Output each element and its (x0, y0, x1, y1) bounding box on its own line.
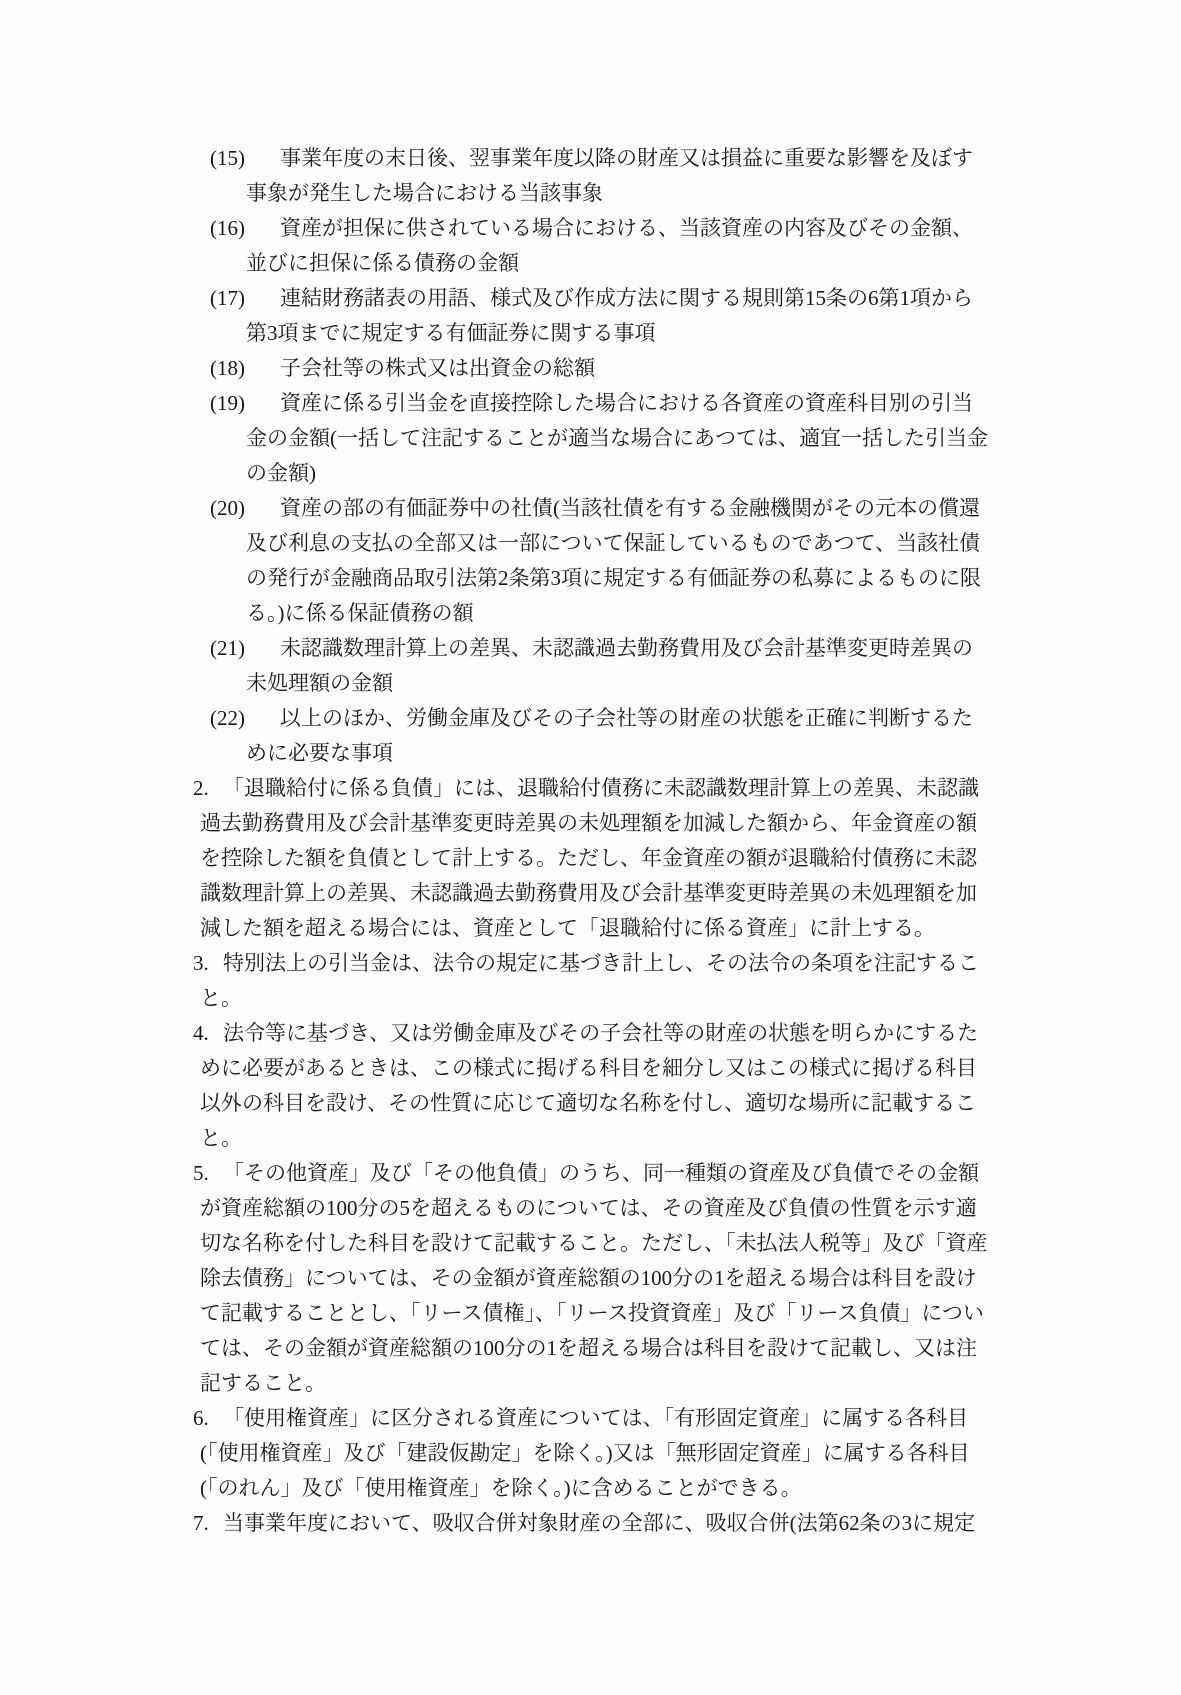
paragraph-4: 4.法令等に基づき、又は労働金庫及びその子会社等の財産の状態を明らかにするために… (200, 1016, 994, 1156)
item-text: 未認識数理計算上の差異、未認識過去勤務費用及び会計基準変更時差異の未処理額の金額 (246, 636, 973, 695)
item-text: 資産の部の有価証券中の社債(当該社債を有する金融機関がその元本の償還及び利息の支… (246, 496, 981, 625)
paragraph-3: 3.特別法上の引当金は、法令の規定に基づき計上し、その法令の条項を注記すること。 (200, 946, 994, 1016)
paragraph-6: 6.「使用権資産」に区分される資産については、「有形固定資産」に属する各科目(「… (200, 1401, 994, 1506)
paragraph-2: 2.「退職給付に係る負債」には、退職給付債務に未認識数理計算上の差異、未認識過去… (200, 771, 994, 946)
item-marker: (21) (210, 631, 280, 666)
item-marker: (19) (210, 386, 280, 421)
item-text: 資産に係る引当金を直接控除した場合における各資産の資産科目別の引当金の金額(一括… (246, 391, 988, 485)
item-text: 法令等に基づき、又は労働金庫及びその子会社等の財産の状態を明らかにするために必要… (200, 1021, 978, 1150)
item-marker: (22) (210, 701, 280, 736)
item-marker: (18) (210, 351, 280, 386)
item-marker: 4. (193, 1016, 223, 1051)
paragraph-7: 7.当事業年度において、吸収合併対象財産の全部に、吸収合併(法第62条の3に規定 (200, 1506, 994, 1541)
list-item-20: (20)資産の部の有価証券中の社債(当該社債を有する金融機関がその元本の償還及び… (246, 491, 992, 631)
item-text: 子会社等の株式又は出資金の総額 (280, 356, 595, 380)
item-text: 事業年度の末日後、翌事業年度以降の財産又は損益に重要な影響を及ぼす事象が発生した… (246, 146, 973, 205)
list-item-15: (15)事業年度の末日後、翌事業年度以降の財産又は損益に重要な影響を及ぼす事象が… (246, 141, 992, 211)
item-marker: 3. (193, 946, 223, 981)
item-marker: 6. (193, 1401, 223, 1436)
item-text: 「退職給付に係る負債」には、退職給付債務に未認識数理計算上の差異、未認識過去勤務… (200, 776, 979, 940)
list-item-16: (16)資産が担保に供されている場合における、当該資産の内容及びその金額、並びに… (246, 211, 992, 281)
list-item-17: (17)連結財務諸表の用語、様式及び作成方法に関する規則第15条の6第1項から第… (246, 281, 992, 351)
item-text: 当事業年度において、吸収合併対象財産の全部に、吸収合併(法第62条の3に規定 (223, 1511, 975, 1535)
document-page: (15)事業年度の末日後、翌事業年度以降の財産又は損益に重要な影響を及ぼす事象が… (0, 0, 1181, 1695)
list-item-19: (19)資産に係る引当金を直接控除した場合における各資産の資産科目別の引当金の金… (246, 386, 992, 491)
item-marker: (15) (210, 141, 280, 176)
item-marker: 2. (193, 771, 223, 806)
item-text: 以上のほか、労働金庫及びその子会社等の財産の状態を正確に判断するために必要な事項 (246, 706, 973, 765)
item-text: 「使用権資産」に区分される資産については、「有形固定資産」に属する各科目(「使用… (200, 1406, 970, 1500)
item-marker: 5. (193, 1156, 223, 1191)
list-item-22: (22)以上のほか、労働金庫及びその子会社等の財産の状態を正確に判断するために必… (246, 701, 992, 771)
item-text: 特別法上の引当金は、法令の規定に基づき計上し、その法令の条項を注記すること。 (200, 951, 979, 1010)
item-marker: (17) (210, 281, 280, 316)
item-marker: (16) (210, 211, 280, 246)
paragraph-5: 5.「その他資産」及び「その他負債」のうち、同一種類の資産及び負債でその金額が資… (200, 1156, 994, 1401)
list-item-18: (18)子会社等の株式又は出資金の総額 (246, 351, 992, 386)
item-text: 連結財務諸表の用語、様式及び作成方法に関する規則第15条の6第1項から第3項まで… (246, 286, 973, 345)
item-marker: (20) (210, 491, 280, 526)
item-marker: 7. (193, 1506, 223, 1541)
item-text: 「その他資産」及び「その他負債」のうち、同一種類の資産及び負債でその金額が資産総… (200, 1161, 988, 1395)
item-text: 資産が担保に供されている場合における、当該資産の内容及びその金額、並びに担保に係… (246, 216, 973, 275)
list-item-21: (21)未認識数理計算上の差異、未認識過去勤務費用及び会計基準変更時差異の未処理… (246, 631, 992, 701)
document-body: (15)事業年度の末日後、翌事業年度以降の財産又は損益に重要な影響を及ぼす事象が… (0, 141, 994, 1541)
